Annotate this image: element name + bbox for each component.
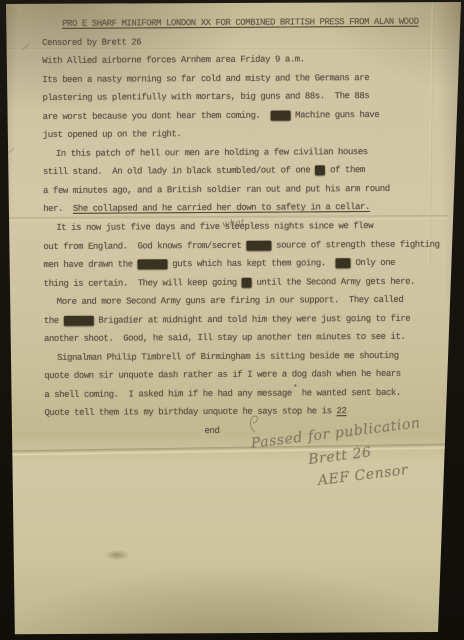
typed-line: Censored by Brett 26 — [42, 31, 452, 52]
typed-segment: of them — [325, 165, 365, 175]
typed-line: PRO E SHARF MINIFORM LONDON XX FOR COMBI… — [42, 12, 452, 33]
typed-segment: 22 — [337, 407, 347, 417]
pencil-margin-tick: / — [7, 146, 14, 157]
typed-line: Signalman Philip Timbrell of Birmingham … — [44, 346, 454, 367]
paper-sheet: PRO E SHARF MINIFORM LONDON XX FOR COMBI… — [0, 0, 464, 640]
typed-segment: quote down sir unquote dash rather as if… — [44, 369, 401, 381]
typed-segment: another shoot. Good, he said, Ill stay u… — [44, 332, 405, 344]
typed-segment: are worst because you dont hear them com… — [43, 110, 271, 121]
typed-segment: guts which has kept them going. — [167, 258, 335, 269]
censor-redaction — [64, 315, 94, 325]
typed-line: are worst because you dont hear them com… — [43, 105, 453, 126]
typed-segment: She collapsed and he carried her down to… — [73, 202, 370, 214]
typed-line: still stand. An old lady in black stumbl… — [43, 161, 453, 182]
typed-segment: the — [44, 316, 64, 326]
typed-line: thing is certain. They will keep going u… — [44, 272, 454, 293]
pencil-squiggle-icon — [246, 413, 262, 435]
typed-segment: PRO E SHARF MINIFORM LONDON XX FOR COMBI… — [62, 17, 419, 29]
typed-line: just opened up on the right. — [43, 124, 453, 145]
typed-line: another shoot. Good, he said, Ill stay u… — [44, 328, 454, 349]
typed-segment: just opened up on the right. — [43, 129, 182, 140]
typed-segment: Machine guns have — [290, 110, 379, 121]
typed-line: plastering us plentifully with mortars, … — [42, 87, 452, 108]
typed-line: a shell coming. I asked him if he had an… — [44, 383, 454, 404]
typed-segment: In this patch of hell our men are holdin… — [56, 147, 368, 159]
typed-segment: end — [205, 426, 220, 436]
typed-segment: still stand. An old lady in black stumbl… — [43, 166, 315, 178]
typed-segment: a few minutes ago, and a British soldier… — [43, 184, 390, 196]
typed-line: With Allied airborne forces Arnhem area … — [42, 50, 452, 71]
typed-segment: Its been a nasty morning so far cold and… — [42, 73, 369, 85]
typed-line: More and more Second Army guns are firin… — [44, 291, 454, 312]
censor-redaction — [336, 258, 351, 268]
typed-segment: thing is certain. They will keep going — [44, 277, 242, 288]
censor-redaction — [138, 259, 168, 269]
typed-line: a few minutes ago, and a British soldier… — [43, 179, 453, 200]
censor-redaction — [315, 166, 325, 176]
typed-segment: source of strength these fighting — [271, 239, 439, 250]
typed-segment: out from England. God knows from/secret — [43, 240, 246, 251]
typed-line: In this patch of hell our men are holdin… — [43, 142, 453, 163]
typed-segment: a shell coming. I asked him if he had an… — [44, 388, 401, 400]
scanned-document: PRO E SHARF MINIFORM LONDON XX FOR COMBI… — [0, 0, 464, 640]
pencil-margin-tick: / — [22, 42, 29, 54]
typed-segment: Only one — [350, 258, 395, 268]
typed-segment: her. — [43, 204, 73, 214]
typed-segment: Brigadier at midnight and told him they … — [93, 314, 410, 326]
typed-segment: Signalman Philip Timbrell of Birmingham … — [57, 351, 399, 363]
typed-segment: It is now just five days and five sleepl… — [56, 221, 373, 233]
typed-segment: More and more Second Army guns are firin… — [57, 295, 404, 307]
typed-line: the Brigadier at midnight and told him t… — [44, 309, 454, 330]
censor-redaction — [246, 240, 271, 250]
typed-segment: until the Second Army gets here. — [252, 276, 415, 287]
typed-line: Its been a nasty morning so far cold and… — [42, 68, 452, 89]
typed-segment: Censored by Brett 26 — [42, 37, 141, 48]
typed-line: quote down sir unquote dash rather as if… — [44, 365, 454, 386]
censor-redaction — [270, 110, 290, 120]
typed-line: her. She collapsed and he carried her do… — [43, 198, 453, 219]
typed-line: out from England. God knows from/secret … — [43, 235, 453, 256]
paper-stain — [105, 550, 129, 560]
typed-line: It is now just five days and five sleepl… — [43, 217, 453, 238]
typed-segment: With Allied airborne forces Arnhem area … — [42, 54, 304, 66]
typed-line: men have drawn the guts which has kept t… — [43, 254, 453, 275]
typed-dispatch-text: PRO E SHARF MINIFORM LONDON XX FOR COMBI… — [42, 12, 455, 441]
typed-segment: Quote tell them its my birthday unquote … — [44, 407, 336, 419]
typed-segment: men have drawn the — [43, 260, 137, 271]
typed-segment: plastering us plentifully with mortars, … — [42, 91, 369, 103]
censor-redaction — [242, 277, 252, 287]
